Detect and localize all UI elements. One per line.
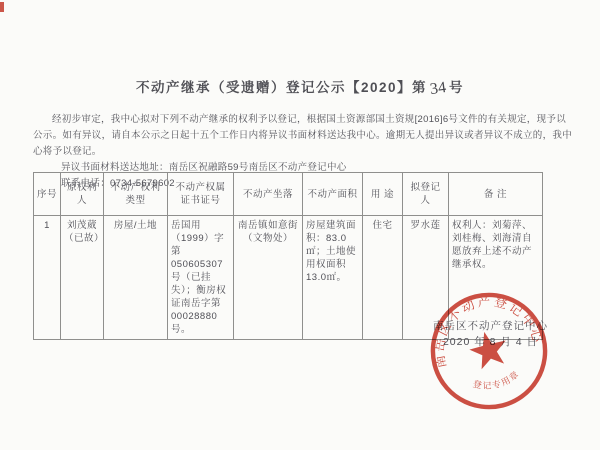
issue-date: 2020 年 8 月 4 日: [433, 334, 548, 350]
title-prefix: 不动产继承（受遗赠）登记公示【2020】第: [136, 80, 427, 95]
col-header-seq: 序号: [34, 173, 61, 216]
cell-usage: 住宅: [363, 216, 403, 340]
svg-text:登记专用章: 登记专用章: [470, 367, 524, 396]
red-corner-mark: [0, 2, 4, 12]
col-header-location: 不动产坐落: [234, 173, 303, 216]
col-header-proposed-registrant: 拟登记人: [403, 173, 449, 216]
col-header-right-type: 不动产权利类型: [104, 173, 168, 216]
cell-original-holder: 刘茂葳（已故）: [61, 216, 104, 340]
page-title: 不动产继承（受遗赠）登记公示【2020】第34号: [0, 76, 600, 97]
table-header-row: 序号 原权利人 不动产权利类型 不动产权属证书证号 不动产坐落 不动产面积 用 …: [34, 173, 543, 216]
signature-block: 南岳区不动产登记中心 2020 年 8 月 4 日: [433, 318, 548, 350]
col-header-certificate-no: 不动产权属证书证号: [168, 173, 234, 216]
col-header-usage: 用 途: [363, 173, 403, 216]
scanned-notice-document: 不动产继承（受遗赠）登记公示【2020】第34号 经初步审定，我中心拟对下列不动…: [0, 0, 600, 450]
col-header-area: 不动产面积: [303, 173, 363, 216]
handwritten-notice-number: 34: [429, 79, 447, 99]
cell-area: 房屋建筑面积：83.0㎡；土地使用权面积13.0㎡。: [303, 216, 363, 340]
cell-seq: 1: [34, 216, 61, 340]
cell-certificate-no: 岳国用（1999）字第050605307号（已挂失）；衡房权证南岳字第00028…: [168, 216, 234, 340]
cell-location: 南岳镇如意街（文物处）: [234, 216, 303, 340]
notice-paragraph: 经初步审定，我中心拟对下列不动产继承的权利予以登记，根据国土资源部国土资规[20…: [33, 112, 575, 160]
title-suffix: 号: [449, 80, 464, 95]
registration-table: 序号 原权利人 不动产权利类型 不动产权属证书证号 不动产坐落 不动产面积 用 …: [33, 172, 543, 340]
cell-right-type: 房屋/土地: [104, 216, 168, 340]
issuing-org: 南岳区不动产登记中心: [433, 318, 548, 334]
col-header-remark: 备 注: [449, 173, 543, 216]
col-header-original-holder: 原权利人: [61, 173, 104, 216]
seal-bottom-text: 登记专用章: [470, 367, 524, 396]
